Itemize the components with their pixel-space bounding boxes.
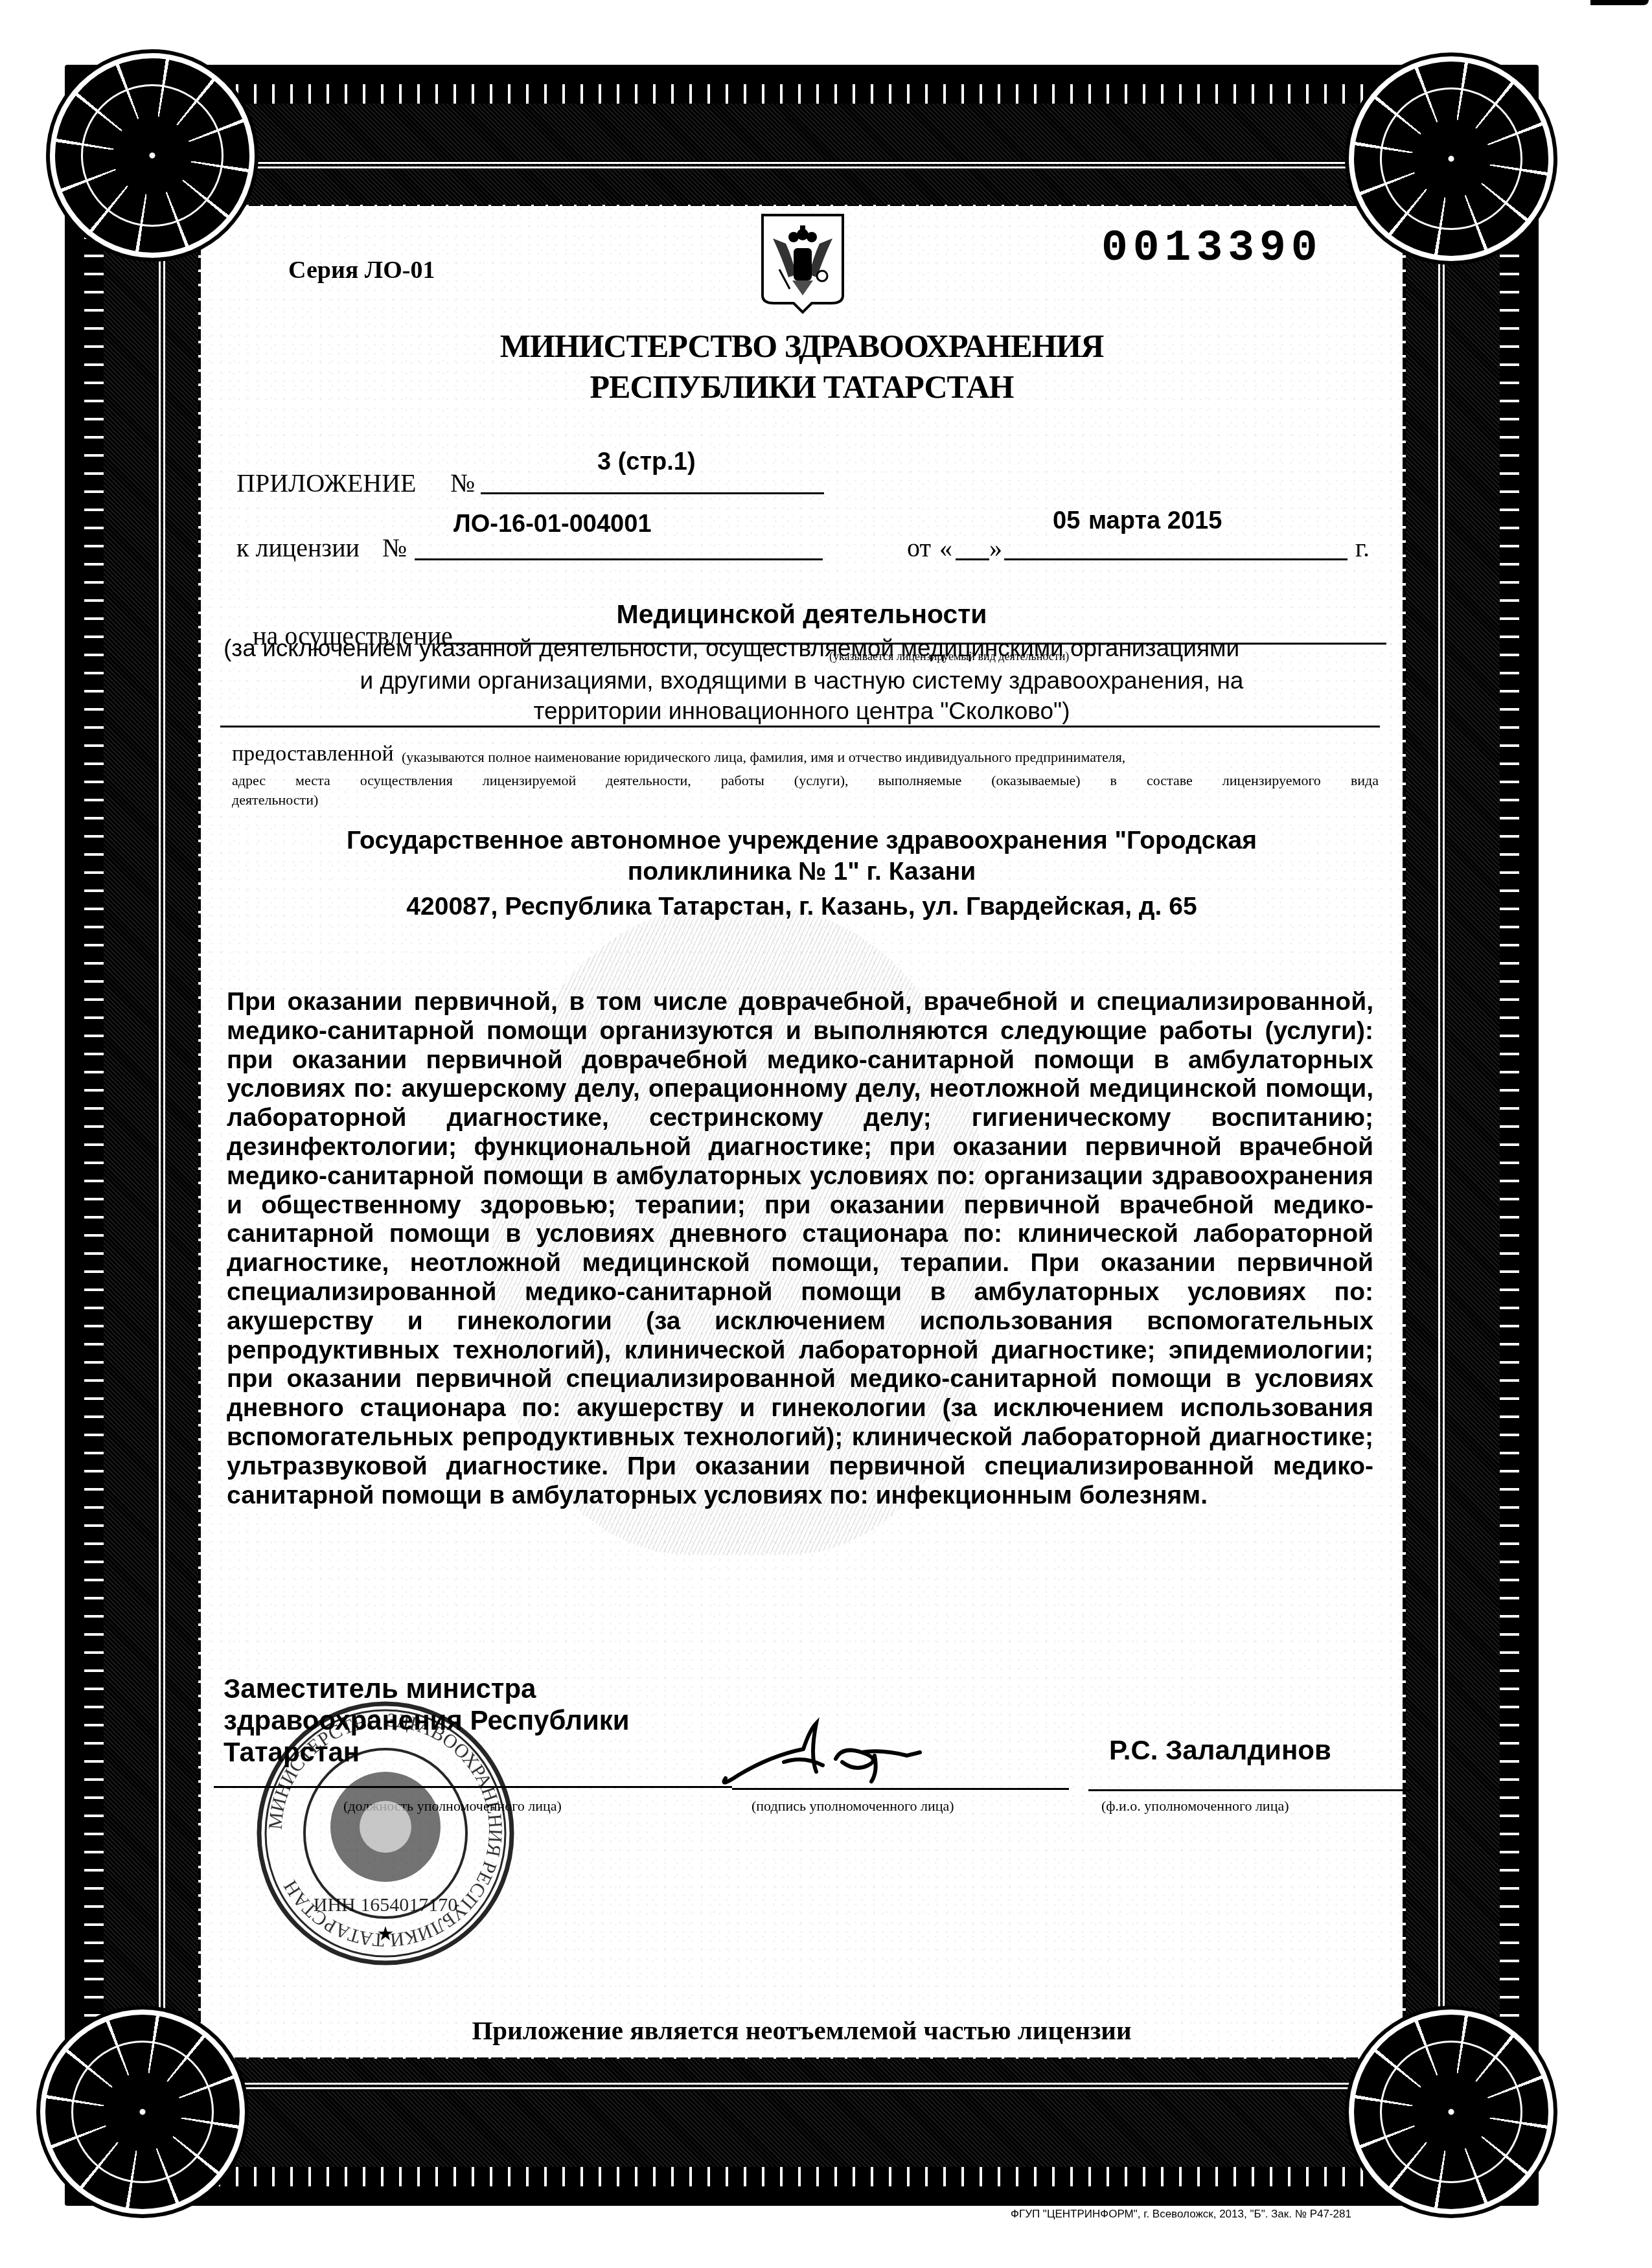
license-date-underline	[1004, 558, 1348, 560]
license-day-underline	[956, 558, 989, 560]
blank-serial-number: 0013390	[1101, 223, 1323, 273]
activity-value-line3: территории инновационного центра "Сколко…	[201, 698, 1403, 725]
appendix-number-value: 3 (стр.1)	[597, 448, 696, 476]
provided-caption-line3: деятельности)	[232, 792, 318, 808]
year-suffix: г.	[1355, 533, 1370, 563]
seal-inn: ИНН 1654017170	[314, 1894, 458, 1916]
name-underline	[1088, 1789, 1412, 1791]
svg-text:★: ★	[377, 1923, 395, 1945]
organization-address: 420087, Республика Татарстан, г. Казань,…	[201, 893, 1403, 921]
appendix-number-underline	[481, 492, 824, 494]
provided-label: предоставленной	[232, 742, 394, 766]
corner-rosette-icon	[1354, 62, 1548, 256]
licensed-services-text: При оказании первичной, в том числе довр…	[227, 988, 1373, 1510]
official-seal-stamp: МИНИСТЕРСТВО ЗДРАВООХРАНЕНИЯ РЕСПУБЛИКИ …	[220, 1688, 551, 1973]
caption-name: (ф.и.о. уполномоченного лица)	[1101, 1798, 1289, 1815]
quote-close: »	[989, 533, 1002, 563]
organization-name-line2: поликлиника № 1" г. Казани	[201, 858, 1403, 886]
appendix-label: ПРИЛОЖЕНИЕ	[236, 468, 417, 498]
appendix-number-sign: №	[450, 468, 475, 498]
signature-underline	[732, 1788, 1069, 1790]
organization-name-line1: Государственное автономное учреждение зд…	[201, 827, 1403, 855]
license-number-underline	[415, 558, 823, 560]
appendix-integral-note: Приложение является неотъемлемой частью …	[201, 2015, 1403, 2046]
activity-value-line1: (за исключением указанной деятельности, …	[224, 635, 1239, 662]
series-label: Серия ЛО-01	[288, 256, 435, 284]
signatory-name: Р.С. Залалдинов	[1109, 1735, 1331, 1766]
license-month-year: марта 2015	[1088, 507, 1222, 535]
provided-caption-line2: адрес места осуществления лицензируемой …	[232, 772, 1379, 789]
corner-rosette-icon	[55, 58, 249, 253]
license-number-sign: №	[382, 533, 407, 563]
ministry-title-line2: РЕСПУБЛИКИ ТАТАРСТАН	[201, 368, 1403, 406]
printer-imprint: ФГУП "ЦЕНТРИНФОРМ", г. Всеволожск, 2013,…	[1011, 2208, 1351, 2221]
quote-open: «	[939, 533, 952, 563]
handwritten-signature	[713, 1717, 946, 1794]
russian-coat-of-arms-icon	[760, 212, 845, 314]
scan-artifact	[1590, 0, 1649, 5]
ministry-title-line1: МИНИСТЕРСТВО ЗДРАВООХРАНЕНИЯ	[201, 327, 1403, 365]
license-day: 05	[1053, 507, 1080, 535]
activity-value-line2: и другими организациями, входящими в час…	[201, 667, 1403, 694]
activity-caption: (указывается лицензируемый вид деятельно…	[829, 650, 1069, 663]
caption-signature: (подпись уполномоченного лица)	[751, 1798, 954, 1815]
provided-caption-line1: (указываются полное наименование юридиче…	[402, 749, 1125, 766]
license-label: к лицензии	[236, 533, 360, 563]
activity-bottom-underline	[220, 726, 1380, 727]
license-from-label: от	[907, 533, 931, 563]
license-number-value: ЛО-16-01-004001	[453, 510, 652, 538]
